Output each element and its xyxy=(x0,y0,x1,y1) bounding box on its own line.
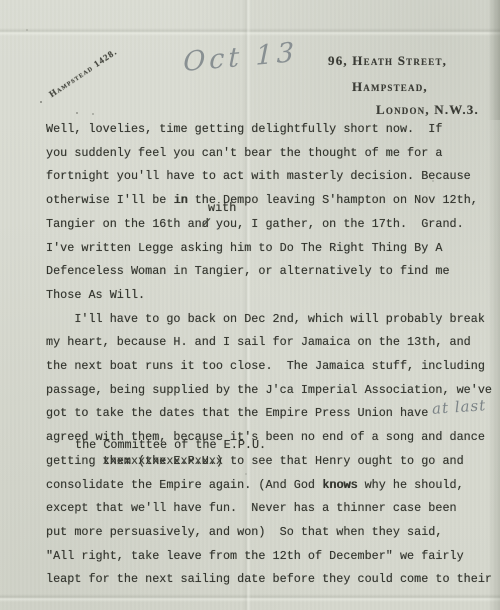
letter-line: consolidate the Empire again. (And God k… xyxy=(46,474,496,498)
telephone-stamp: Hampstead 1428. xyxy=(47,46,119,99)
letter-line: passage, being supplied by the J'ca Impe… xyxy=(46,379,496,403)
letter-body: Well, lovelies, time getting delightfull… xyxy=(46,118,496,592)
letter-line: fortnight you'll have to act with master… xyxy=(46,165,496,189)
letter-line: except that we'll have fun. Never has a … xyxy=(46,497,496,521)
pencil-date-annotation: Oct 13 xyxy=(183,37,298,78)
fold-crease-horizontal-top xyxy=(0,28,500,36)
letter-page: Hampstead 1428. Oct 13 96, Heath Street,… xyxy=(0,0,500,610)
letter-line: "All right, take leave from the 12th of … xyxy=(46,545,496,569)
letter-line: I've written Legge asking him to Do The … xyxy=(46,237,496,261)
fold-crease-horizontal-bottom xyxy=(0,594,500,602)
pencil-annotation-at-last: at last xyxy=(431,397,486,419)
letter-line: Those As Will. xyxy=(46,284,496,308)
letter-line: otherwise I'll be in the Dempo leaving S… xyxy=(46,189,496,213)
letter-line: the next boat runs it too close. The Jam… xyxy=(46,355,496,379)
letter-line: I'll have to go back on Dec 2nd, which w… xyxy=(46,308,496,332)
letter-line: got to take the dates that the Empire Pr… xyxy=(46,402,496,426)
letterhead-city: London, N.W.3. xyxy=(376,102,479,118)
interlinear-insertion-committee: the Committee of the E.P.U. xyxy=(75,438,266,452)
letter-line: getting them (the E.P.U.) to see that He… xyxy=(46,450,496,474)
letter-line: you suddenly feel you can't bear the tho… xyxy=(46,142,496,166)
letter-line: leapt for the next sailing date before t… xyxy=(46,568,496,592)
paper-specks xyxy=(40,101,42,103)
letter-line: Defenceless Woman in Tangier, or alterna… xyxy=(46,260,496,284)
letter-line: my heart, because H. and I sail for Jama… xyxy=(46,331,496,355)
letterhead-street: 96, Heath Street, xyxy=(328,53,447,69)
letter-line: put more persuasively, and won) So that … xyxy=(46,521,496,545)
letterhead-district: Hampstead, xyxy=(352,79,428,95)
interlinear-insertion-with: with xyxy=(208,201,236,215)
letter-line: Well, lovelies, time getting delightfull… xyxy=(46,118,496,142)
letter-line: Tangier on the 16th and you, I gather, o… xyxy=(46,213,496,237)
